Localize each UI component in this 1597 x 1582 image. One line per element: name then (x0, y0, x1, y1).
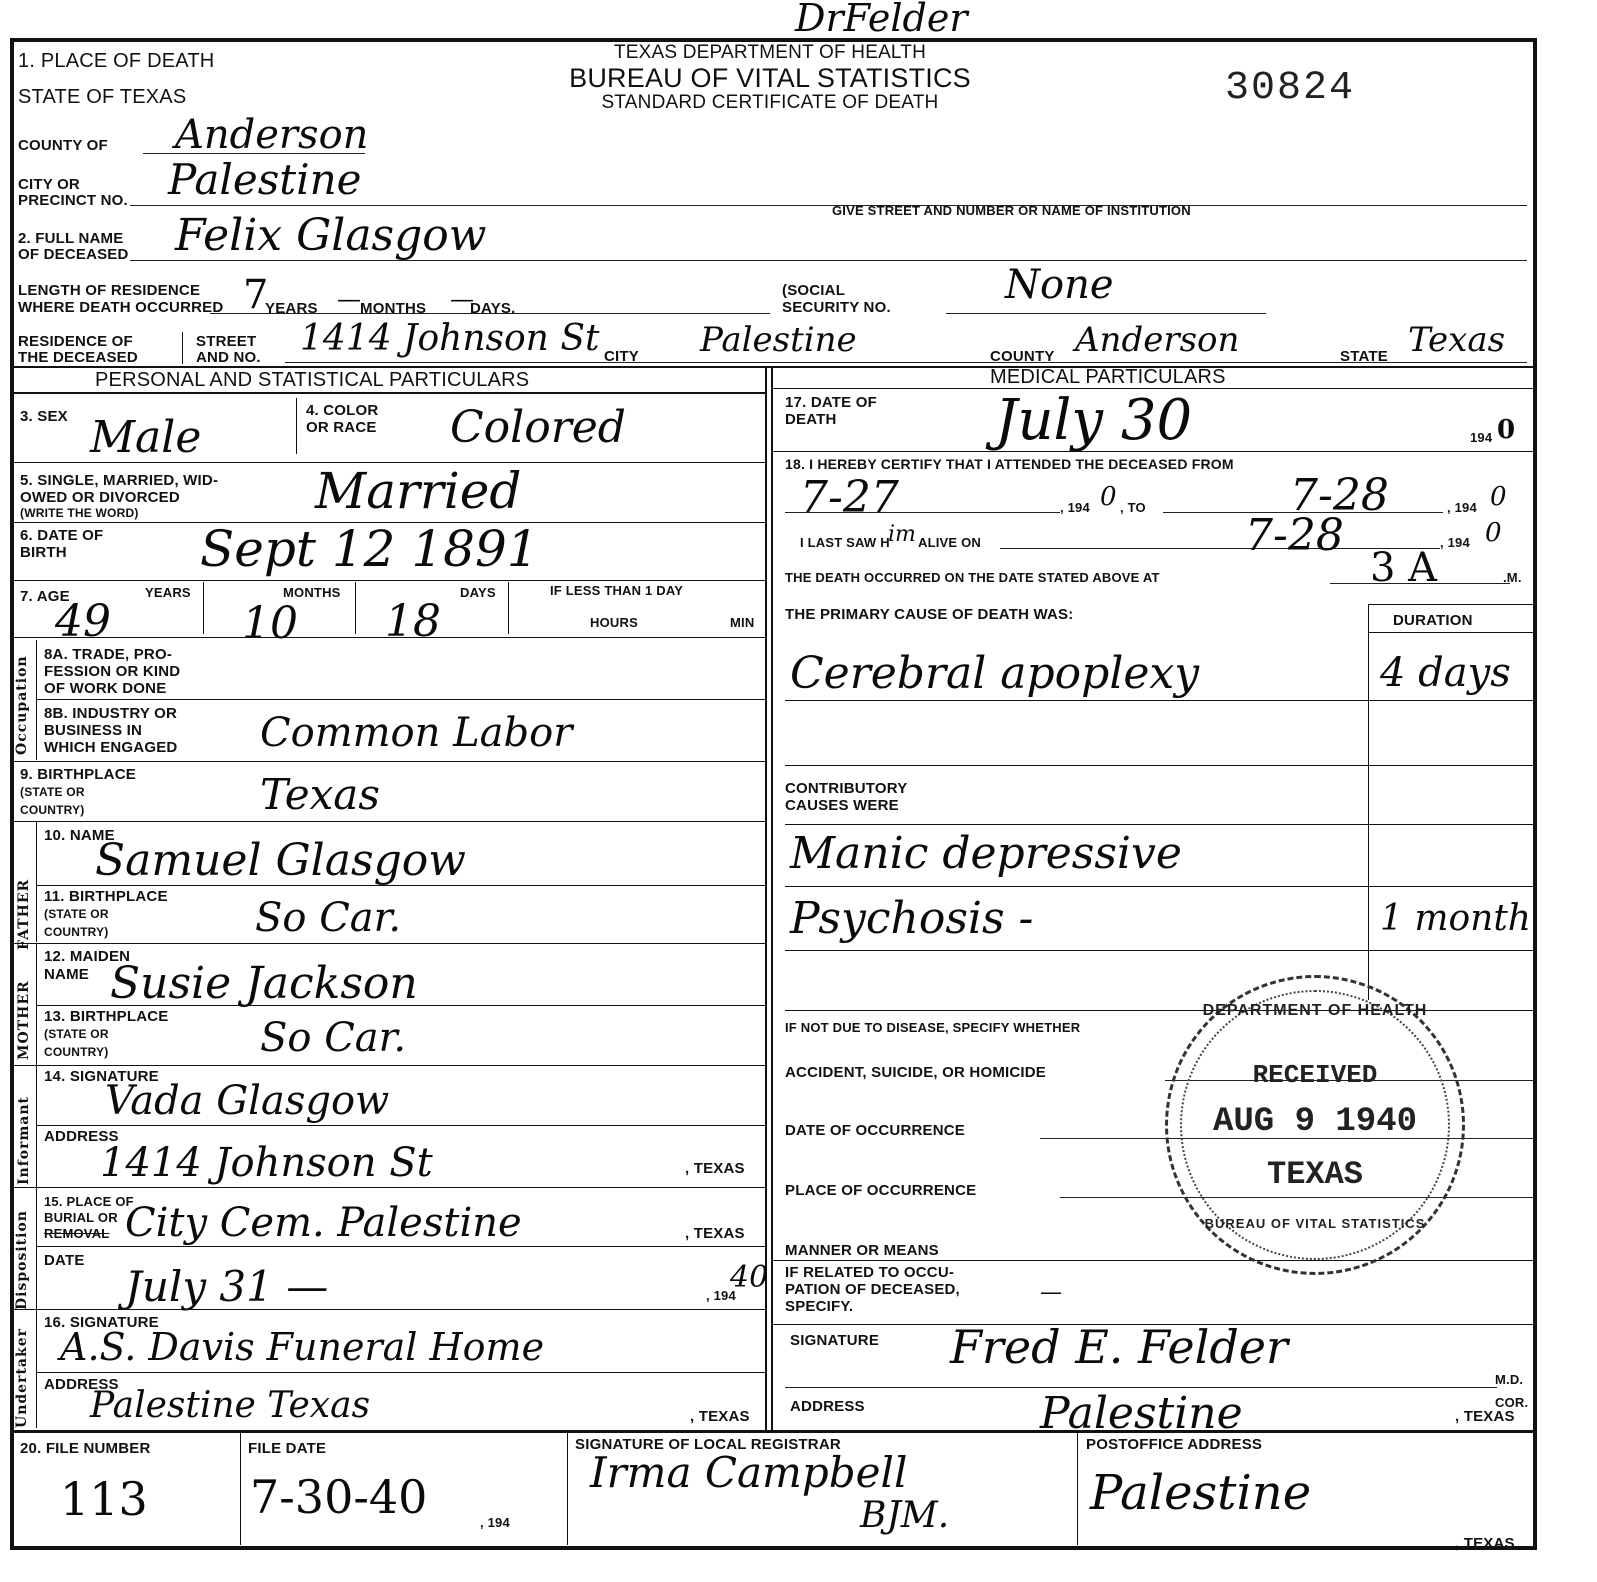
trade-label-2: FESSION OR KIND (44, 663, 180, 680)
county-value: Anderson (175, 112, 368, 158)
age-divider-1 (203, 582, 204, 634)
hours-label: HOURS (590, 615, 638, 630)
age-divider-2 (355, 582, 356, 634)
duration-top-rule (1368, 604, 1533, 605)
row-rule-age (10, 637, 765, 638)
row-rule-mother-name (36, 1005, 765, 1006)
occupation-side-label: Occupation (14, 655, 30, 755)
burial-texas-label: , TEXAS (685, 1225, 745, 1242)
ssn-underline (946, 313, 1266, 314)
father-birthplace-value: So Car. (255, 895, 401, 941)
mother-birthplace-label-3: COUNTRY) (44, 1045, 108, 1059)
attended-from-year-prefix: , 194 (1060, 500, 1090, 515)
disposition-side-label: Disposition (14, 1210, 30, 1310)
mother-birthplace-value: So Car. (260, 1015, 406, 1061)
file-date-label: FILE DATE (248, 1440, 326, 1457)
stamp-state: TEXAS (1168, 1156, 1462, 1193)
row-rule-mother (10, 1065, 765, 1066)
dob-label-2: BIRTH (20, 544, 67, 561)
street-label-2: AND NO. (196, 349, 261, 366)
mother-side-label: MOTHER (16, 980, 32, 1060)
age-years-label: YEARS (145, 585, 191, 600)
last-saw-year-prefix: , 194 (1440, 535, 1470, 550)
department-title: TEXAS DEPARTMENT OF HEALTH (470, 42, 1070, 64)
birthplace-label-2: (STATE OR (20, 785, 85, 799)
physician-signature-label: SIGNATURE (790, 1332, 879, 1349)
row-rule-informant (10, 1187, 765, 1188)
min-label: MIN (730, 615, 754, 630)
row-rule-burial (36, 1246, 765, 1247)
footer-divider-1 (240, 1433, 241, 1545)
marital-label-2: OWED OR DIVORCED (20, 489, 180, 506)
stamp-top-text: DEPARTMENT OF HEALTH (1168, 1002, 1462, 1020)
residence-city-label: CITY (604, 348, 639, 365)
last-saw-value: 7-28 (1245, 510, 1344, 561)
attended-from-year: 0 (1100, 482, 1117, 512)
birthplace-value: Texas (260, 770, 380, 819)
father-side-rule (36, 822, 37, 942)
row-rule-dod (771, 451, 1533, 452)
mother-name-label-2: NAME (44, 966, 89, 983)
sex-race-divider (296, 398, 297, 454)
mother-birthplace-label-1: 13. BIRTHPLACE (44, 1008, 169, 1025)
mother-birthplace-label-2: (STATE OR (44, 1027, 109, 1041)
date-occurrence-label: DATE OF OCCURRENCE (785, 1122, 965, 1139)
primary-cause-label: THE PRIMARY CAUSE OF DEATH WAS: (785, 606, 1073, 623)
informant-side-rule (36, 1066, 37, 1188)
dod-value: July 30 (995, 388, 1192, 453)
attended-to-year-prefix: , 194 (1447, 500, 1477, 515)
form-header: TEXAS DEPARTMENT OF HEALTH BUREAU OF VIT… (470, 42, 1070, 114)
dob-value: Sept 12 1891 (200, 520, 539, 578)
row-rule-trade (36, 699, 765, 700)
primary-cause-duration: 4 days (1380, 650, 1511, 696)
file-date-value: 7-30-40 (250, 1470, 427, 1524)
deceased-name-value: Felix Glasgow (175, 210, 486, 261)
occupation-related-label-2: PATION OF DECEASED, (785, 1281, 960, 1298)
duration-column-rule (1368, 604, 1369, 1000)
not-disease-label: IF NOT DUE TO DISEASE, SPECIFY WHETHER (785, 1020, 1080, 1035)
manner-label: MANNER OR MEANS (785, 1242, 939, 1259)
dod-year-prefix: 194 (1470, 430, 1492, 445)
postoffice-texas-label: , TEXAS (1455, 1535, 1515, 1552)
less-than-day-label: IF LESS THAN 1 DAY (550, 583, 683, 598)
ssn-label-1: (SOCIAL (782, 282, 845, 299)
sex-value: Male (90, 412, 201, 463)
father-birthplace-label-2: (STATE OR (44, 907, 109, 921)
residence-state-label: STATE (1340, 348, 1388, 365)
form-title: STANDARD CERTIFICATE OF DEATH (470, 92, 1070, 114)
residence-label-2: THE DECEASED (18, 349, 138, 366)
residence-length-label-2: WHERE DEATH OCCURRED (18, 299, 223, 316)
top-signature: DrFelder (795, 0, 968, 40)
months-label: MONTHS (360, 300, 426, 317)
md-label: M.D. (1495, 1372, 1523, 1387)
days-label: DAYS. (470, 300, 515, 317)
contributory-value-1: Manic depressive (790, 828, 1182, 879)
personal-section-title: PERSONAL AND STATISTICAL PARTICULARS (95, 369, 529, 391)
physician-address-value: Palestine (1040, 1388, 1243, 1439)
burial-date-label: DATE (44, 1252, 85, 1269)
industry-value: Common Labor (260, 710, 572, 756)
file-number-label: 20. FILE NUMBER (20, 1440, 151, 1457)
age-divider-3 (508, 582, 509, 634)
industry-label-3: WHICH ENGAGED (44, 739, 177, 756)
last-saw-label-2: ALIVE ON (918, 535, 981, 550)
medical-section-title: MEDICAL PARTICULARS (990, 366, 1226, 388)
accident-label: ACCIDENT, SUICIDE, OR HOMICIDE (785, 1064, 1046, 1081)
race-label-2: OR RACE (306, 419, 377, 436)
ssn-label-2: SECURITY NO. (782, 299, 891, 316)
burial-label-3: REMOVAL (44, 1226, 109, 1241)
row-rule-primary-1 (785, 700, 1533, 701)
row-rule-industry (10, 761, 765, 762)
physician-address-label: ADDRESS (790, 1398, 865, 1415)
row-rule-father-name (36, 885, 765, 886)
footer-divider-3 (1077, 1433, 1078, 1545)
row-rule-contributory-1 (785, 824, 1533, 825)
age-years-value: 49 (55, 596, 111, 647)
city-label-2: PRECINCT NO. (18, 192, 128, 209)
birthplace-label-3: COUNTRY) (20, 803, 84, 817)
mother-name-value: Susie Jackson (110, 958, 418, 1009)
industry-label-2: BUSINESS IN (44, 722, 142, 739)
industry-label-1: 8B. INDUSTRY OR (44, 705, 177, 722)
marital-label-3: (WRITE THE WORD) (20, 506, 139, 520)
bureau-title: BUREAU OF VITAL STATISTICS (470, 64, 1070, 92)
informant-side-label: Informant (16, 1096, 32, 1185)
birthplace-label-1: 9. BIRTHPLACE (20, 766, 136, 783)
undertaker-side-rule (36, 1310, 37, 1428)
state-of-texas-label: STATE OF TEXAS (18, 86, 186, 108)
age-days-label: DAYS (460, 585, 496, 600)
full-name-label-2: OF DECEASED (18, 246, 129, 263)
age-days-value: 18 (385, 596, 441, 647)
contributory-duration: 1 month (1380, 898, 1531, 939)
informant-address-value: 1414 Johnson St (100, 1140, 433, 1186)
trade-label-1: 8A. TRADE, PRO- (44, 646, 172, 663)
contributory-label-2: CAUSES WERE (785, 797, 899, 814)
form-left-border (10, 38, 14, 1548)
dod-label-2: DEATH (785, 411, 837, 428)
burial-year-value: 40 (730, 1260, 768, 1295)
registrar-value: Irma Campbell (590, 1448, 907, 1497)
residence-county-label: COUNTY (990, 348, 1055, 365)
undertaker-texas-label: , TEXAS (690, 1408, 750, 1425)
occupation-related-label-1: IF RELATED TO OCCU- (785, 1264, 954, 1281)
years-label: YEARS (265, 300, 318, 317)
column-divider-2 (771, 368, 773, 1430)
duration-label: DURATION (1393, 612, 1473, 629)
city-label-1: CITY OR (18, 176, 80, 193)
last-saw-year: 0 (1485, 518, 1502, 548)
residence-divider (182, 332, 183, 364)
form-right-border (1533, 38, 1537, 1548)
duration-header-rule (1368, 632, 1533, 633)
sex-label: 3. SEX (20, 408, 68, 425)
occupation-related-value: — (1040, 1280, 1062, 1305)
to-label: , TO (1120, 500, 1146, 515)
trade-label-3: OF WORK DONE (44, 680, 166, 697)
residence-length-label-1: LENGTH OF RESIDENCE (18, 282, 200, 299)
burial-date-value: July 31 — (125, 1262, 328, 1311)
stamp-date: AUG 9 1940 (1168, 1103, 1462, 1141)
received-stamp: DEPARTMENT OF HEALTH RECEIVED AUG 9 1940… (1165, 975, 1465, 1275)
informant-signature-value: Vada Glasgow (105, 1078, 389, 1124)
row-rule-contributory-2 (785, 886, 1533, 887)
street-value: 1414 Johnson St (300, 318, 599, 359)
dob-label-1: 6. DATE OF (20, 527, 103, 544)
contributory-label-1: CONTRIBUTORY (785, 780, 907, 797)
city-underline (130, 205, 1527, 206)
form-bottom-border (10, 1546, 1537, 1550)
undertaker-signature-value: A.S. Davis Funeral Home (60, 1325, 544, 1369)
section-divider-top (10, 366, 1537, 368)
last-saw-label-1: I LAST SAW H (800, 535, 890, 550)
race-value: Colored (450, 402, 626, 453)
stamp-bottom-text: BUREAU OF VITAL STATISTICS (1168, 1216, 1462, 1231)
attended-to-year: 0 (1490, 482, 1507, 512)
place-of-death-label: 1. PLACE OF DEATH (18, 50, 214, 72)
residence-label-1: RESIDENCE OF (18, 333, 133, 350)
occupation-related-label-3: SPECIFY. (785, 1298, 853, 1315)
ssn-value: None (1005, 262, 1114, 308)
street-label-1: STREET (196, 333, 256, 350)
residence-county-value: Anderson (1075, 320, 1239, 360)
postoffice-value: Palestine (1090, 1465, 1311, 1521)
file-number-value: 113 (60, 1472, 148, 1526)
undertaker-side-label: Undertaker (14, 1328, 30, 1428)
marital-label-1: 5. SINGLE, MARRIED, WID- (20, 472, 218, 489)
occupation-side-rule (36, 640, 37, 760)
row-rule-undertaker-sig (36, 1372, 765, 1373)
row-rule-primary-2 (785, 765, 1533, 766)
residence-state-value: Texas (1408, 320, 1505, 360)
physician-signature-value: Fred E. Felder (950, 1320, 1288, 1374)
undertaker-address-value: Palestine Texas (90, 1385, 370, 1426)
row-rule-birthplace (10, 821, 765, 822)
file-date-suffix: , 194 (480, 1515, 510, 1530)
attended-from-value: 7-27 (800, 472, 899, 523)
father-name-value: Samuel Glasgow (95, 835, 466, 886)
age-months-value: 10 (242, 598, 298, 649)
certify-label: 18. I HEREBY CERTIFY THAT I ATTENDED THE… (785, 456, 1234, 473)
row-rule-father (10, 943, 765, 944)
primary-cause-value: Cerebral apoplexy (790, 648, 1199, 699)
father-birthplace-label-3: COUNTRY) (44, 925, 108, 939)
place-occurrence-label: PLACE OF OCCURRENCE (785, 1182, 976, 1199)
dod-year-value: 0 (1497, 415, 1515, 445)
dod-label-1: 17. DATE OF (785, 394, 877, 411)
full-name-label-1: 2. FULL NAME (18, 230, 123, 247)
marital-value: Married (315, 462, 521, 520)
footer-divider-2 (567, 1433, 568, 1545)
contributory-value-2: Psychosis - (790, 893, 1033, 944)
race-label-1: 4. COLOR (306, 402, 378, 419)
institution-hint: GIVE STREET AND NUMBER OR NAME OF INSTIT… (832, 203, 1191, 218)
row-rule-disposition (10, 1309, 765, 1310)
stamp-received: RECEIVED (1168, 1060, 1462, 1090)
row-rule-contributory-3 (785, 950, 1533, 951)
last-saw-pronoun: im (888, 522, 916, 547)
months-value: — (337, 285, 361, 313)
father-birthplace-label-1: 11. BIRTHPLACE (44, 888, 168, 905)
time-of-death-label: THE DEATH OCCURRED ON THE DATE STATED AB… (785, 570, 1160, 585)
postoffice-label: POSTOFFICE ADDRESS (1086, 1436, 1262, 1453)
personal-title-rule (10, 392, 765, 394)
row-rule-informant-sig (36, 1125, 765, 1126)
residence-city-value: Palestine (700, 320, 857, 360)
burial-value: City Cem. Palestine (125, 1200, 522, 1246)
certificate-number: 30824 (1225, 66, 1355, 111)
row-rule-manner (771, 1260, 1533, 1261)
time-of-death-value: 3 A (1370, 545, 1437, 591)
time-of-death-suffix: .M. (1503, 570, 1522, 585)
burial-label-2: BURIAL OR (44, 1210, 118, 1225)
city-value: Palestine (168, 155, 361, 204)
county-label: COUNTY OF (18, 137, 108, 154)
attended-from-underline (785, 512, 1060, 513)
father-side-label: FATHER (16, 879, 32, 950)
row-rule-dob (10, 580, 765, 581)
physician-texas-label: , TEXAS (1455, 1408, 1515, 1425)
disposition-side-rule (36, 1188, 37, 1310)
registrar-initials: BJM. (860, 1495, 949, 1536)
burial-label-1: 15. PLACE OF (44, 1194, 134, 1209)
informant-texas-label: , TEXAS (685, 1160, 745, 1177)
